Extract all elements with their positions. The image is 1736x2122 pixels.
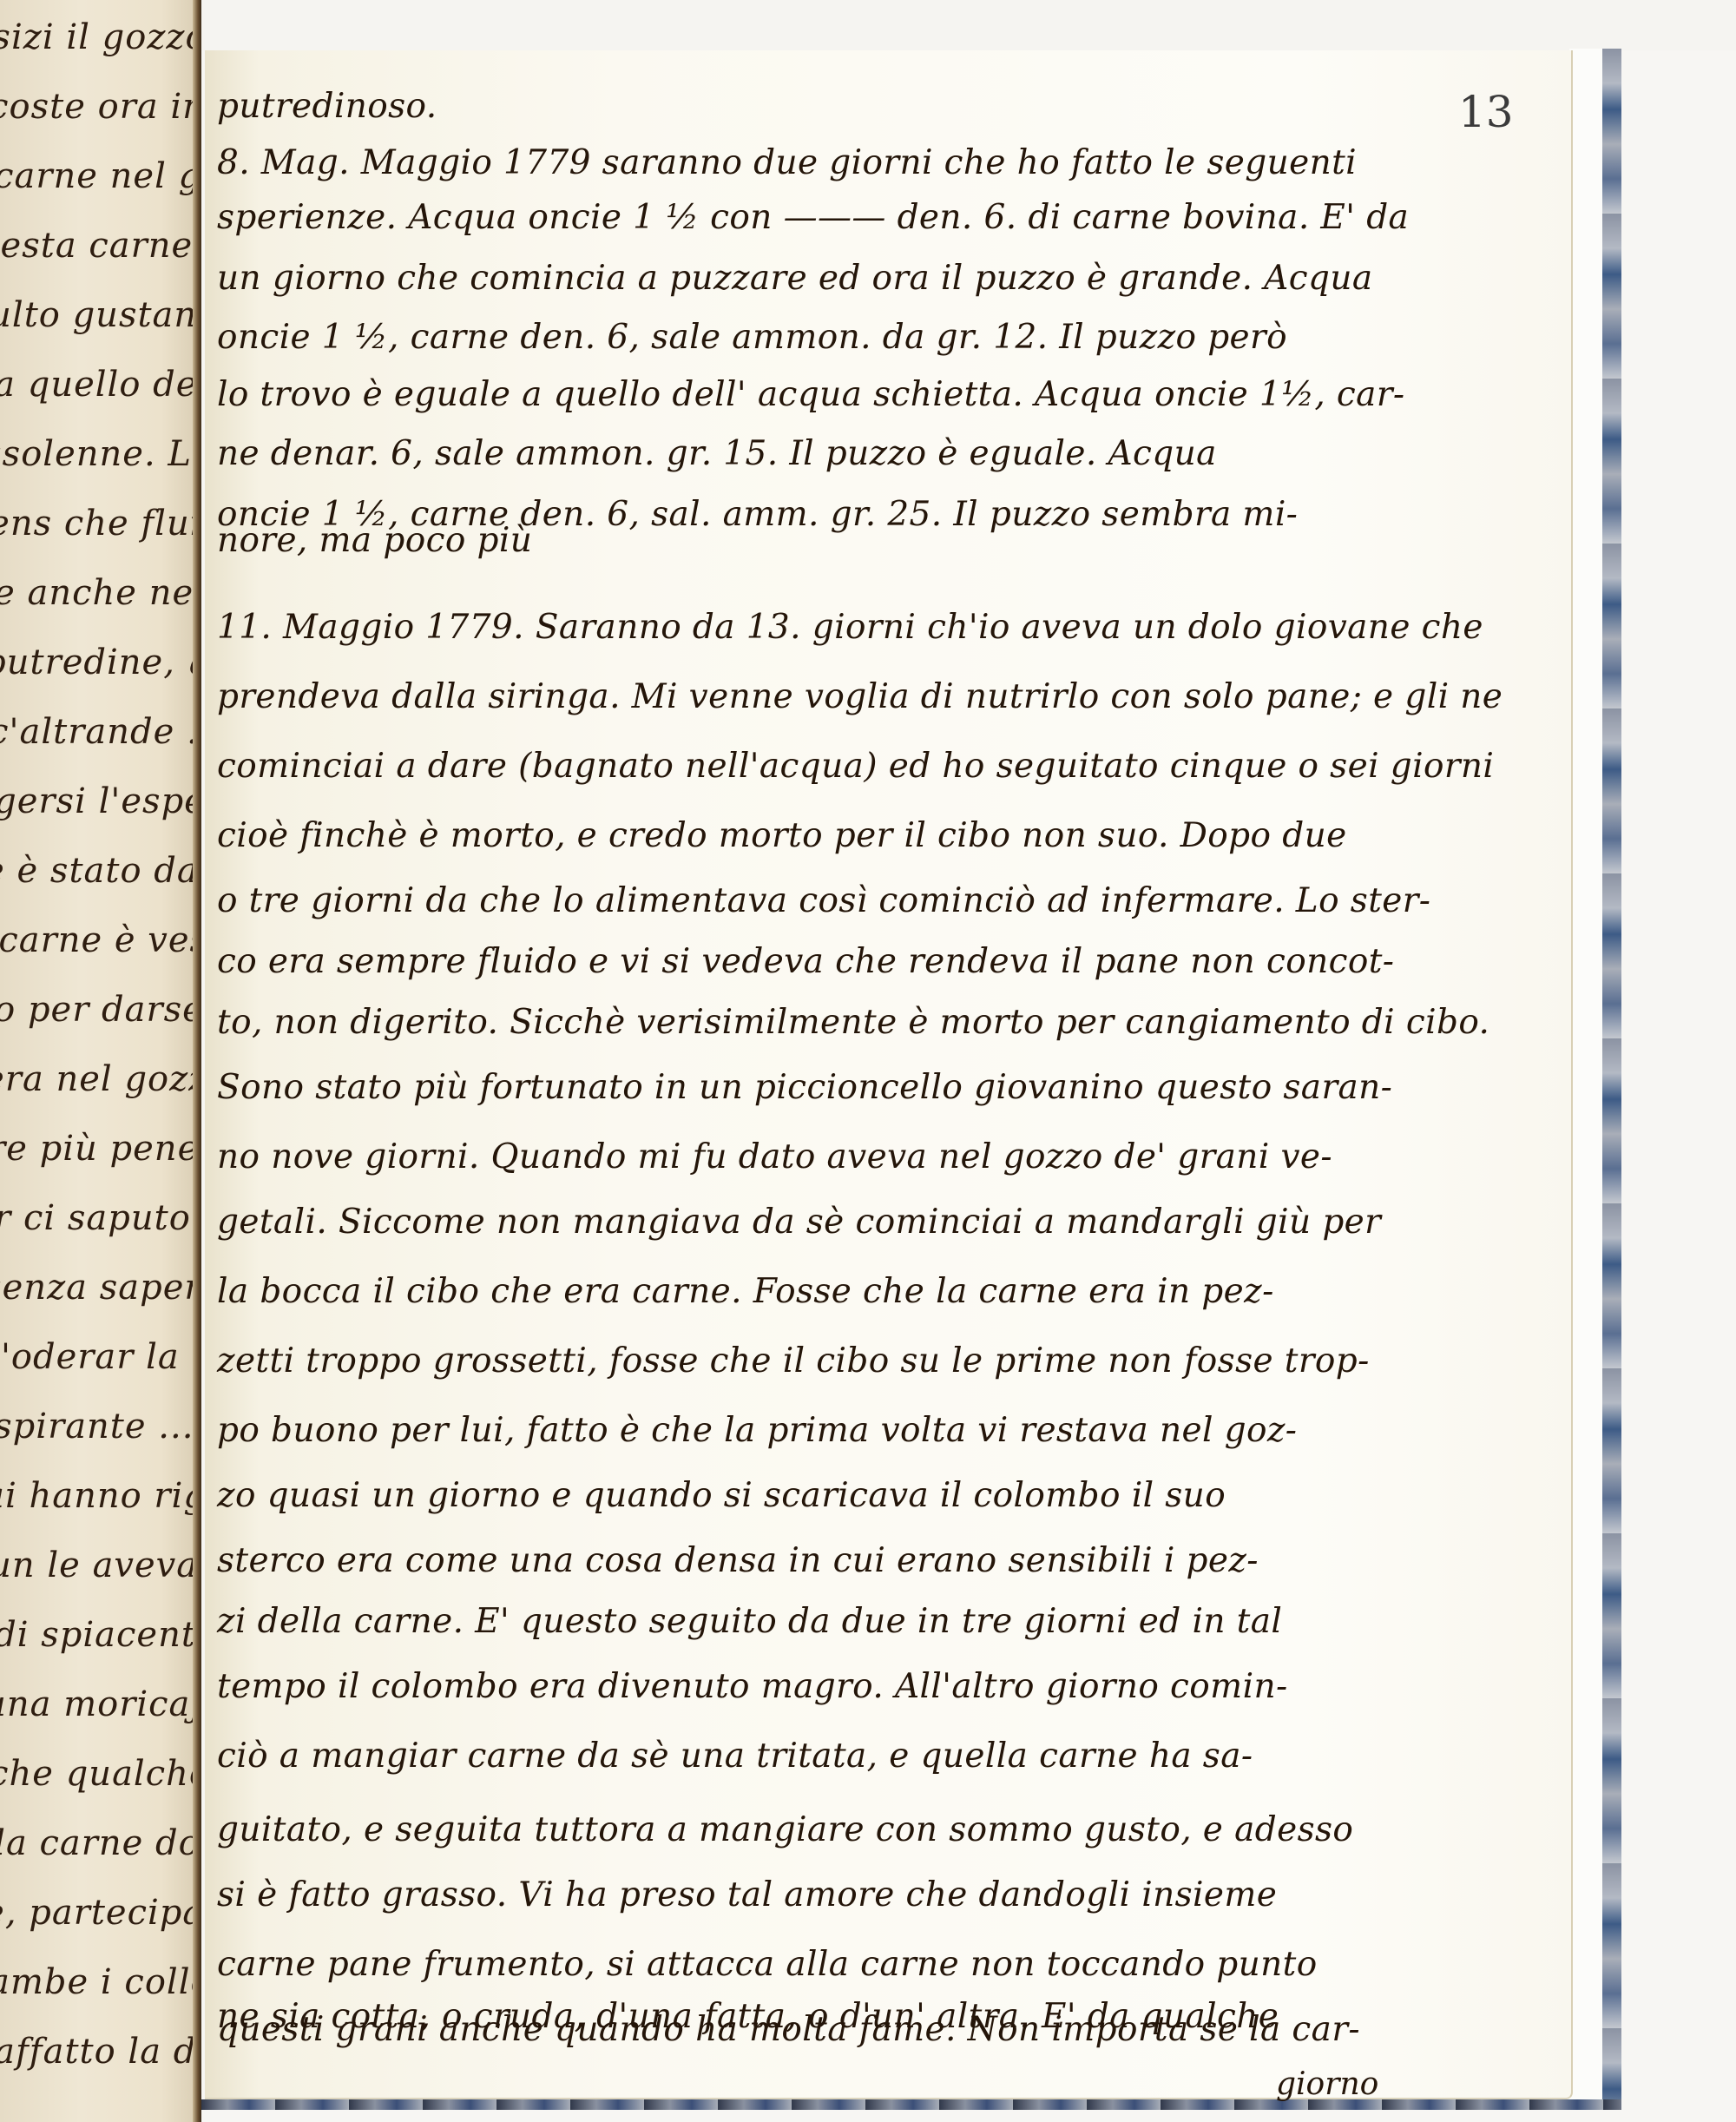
manuscript-line: zi della carne. E' questo seguito da due…: [217, 1602, 1282, 1641]
left-page-line: ...gersi l'esperimento: [0, 781, 201, 821]
left-page-line: ...c'altrande ...: [0, 712, 201, 752]
left-page-line: ...ens che fluidi: [0, 504, 201, 544]
left-page-line: la carne è vesta: [0, 920, 201, 960]
left-page-line: ...coste ora inchiu: [0, 87, 201, 127]
left-page-line: ...ambe i colleen della: [0, 1962, 201, 2002]
left-facing-page: ensizi il gozzo...coste ora inchiu...car…: [0, 0, 201, 2122]
left-page-line: ...o per darsegnarsi: [0, 990, 201, 1030]
manuscript-line: carne pane frumento, si attacca alla car…: [217, 1945, 1318, 1984]
manuscript-line: to, non digerito. Sicchè verisimilmente …: [217, 1003, 1489, 1042]
left-page-line: ...carne nel gozzo: [0, 156, 201, 196]
manuscript-line: la bocca il cibo che era carne. Fosse ch…: [217, 1272, 1274, 1311]
manuscript-line: zo quasi un giorno e quando si scaricava…: [217, 1476, 1226, 1515]
left-page-line: ...a quello del suo: [0, 365, 201, 405]
left-page-line: ...che qualche volta: [0, 1754, 201, 1794]
left-page-line: ...è, partecipante di: [0, 1893, 201, 1933]
manuscript-line: prendeva dalla siringa. Mi venne voglia …: [217, 677, 1503, 716]
manuscript-line: getali. Siccome non mangiava da sè comin…: [217, 1203, 1381, 1242]
manuscript-line: oncie 1 ½, carne den. 6, sale ammon. da …: [217, 318, 1287, 357]
manuscript-line: cominciai a dare (bagnato nell'acqua) ed…: [217, 747, 1494, 786]
left-page-line: ...una moricaja, ...: [0, 1684, 201, 1724]
left-page-line: ...un le avevano: [0, 1545, 201, 1585]
manuscript-line: nore, ma poco più: [217, 521, 532, 560]
catchword: giorno: [1276, 2066, 1378, 2102]
left-page-line: ...affatto la dove: [0, 2032, 201, 2072]
manuscript-line: ciò a mangiar carne da sè una tritata, e…: [217, 1736, 1253, 1776]
left-page-line: ...e anche nel: [0, 573, 201, 613]
left-page-line: ...di spiacente: [0, 1615, 201, 1655]
manuscript-line: tempo il colombo era divenuto magro. All…: [217, 1667, 1288, 1706]
manuscript-line: sperienze. Acqua oncie 1 ½ con ——— den. …: [217, 198, 1409, 237]
left-page-line: ...ulto gustandola: [0, 295, 201, 335]
marbled-cover-edge: [1602, 49, 1621, 2108]
left-page-line: ...e è stato da più: [0, 851, 201, 891]
flyleaf-edge: [1569, 49, 1604, 2099]
left-page-line: ...r ci saputo oggi: [0, 1198, 201, 1238]
left-page-line: ...era nel gozzo: [0, 1059, 201, 1099]
left-page-line: ...re più penetrante: [0, 1129, 201, 1169]
manuscript-line: si è fatto grasso. Vi ha preso tal amore…: [217, 1875, 1277, 1914]
manuscript-line: putredinoso.: [217, 87, 437, 126]
book-gutter: [193, 0, 201, 2122]
left-page-line: ...senza sapere come: [0, 1268, 201, 1308]
left-page-line: ...ai hanno rigetto: [0, 1476, 201, 1516]
manuscript-line: no nove giorni. Quando mi fu dato aveva …: [217, 1137, 1332, 1176]
left-page-line: ...spirante ...: [0, 1407, 194, 1447]
left-page-line: ...putredine, qua: [0, 643, 201, 682]
manuscript-line: o tre giorni da che lo alimentava così c…: [217, 881, 1430, 920]
manuscript-line: po buono per lui, fatto è che la prima v…: [217, 1411, 1297, 1450]
manuscript-line: co era sempre fluido e vi si vedeva che …: [217, 942, 1394, 981]
manuscript-line: guitato, e seguita tuttora a mangiare co…: [217, 1810, 1353, 1849]
left-page-line: Questa carne: [0, 226, 193, 266]
left-page-line: ...l'oderar la carne: [0, 1337, 201, 1377]
manuscript-line: cioè finchè è morto, e credo morto per i…: [217, 816, 1347, 855]
left-page-line: ...ssolenne. La carne: [0, 434, 201, 474]
manuscript-line: zetti troppo grossetti, fosse che il cib…: [217, 1341, 1370, 1381]
manuscript-line: Sono stato più fortunato in un piccionce…: [217, 1068, 1392, 1107]
manuscript-line: sterco era come una cosa densa in cui er…: [217, 1541, 1259, 1580]
page-number: 13: [1458, 87, 1514, 137]
background-top: [201, 0, 1736, 50]
left-page-line: ensizi il gozzo: [0, 17, 201, 57]
manuscript-line: ne sia cotta, o cruda, d'una fatta, o d'…: [217, 1997, 1279, 2036]
manuscript-line: lo trovo è eguale a quello dell' acqua s…: [217, 375, 1404, 414]
manuscript-line: un giorno che comincia a puzzare ed ora …: [217, 259, 1373, 298]
manuscript-line: ne denar. 6, sale ammon. gr. 15. Il puzz…: [217, 434, 1217, 473]
left-page-line: ...la carne dopo: [0, 1823, 201, 1863]
manuscript-line: 11. Maggio 1779. Saranno da 13. giorni c…: [217, 608, 1483, 647]
manuscript-line: 8. Mag. Maggio 1779 saranno due giorni c…: [217, 143, 1357, 182]
marbled-cover-bottom: [201, 2099, 1621, 2110]
